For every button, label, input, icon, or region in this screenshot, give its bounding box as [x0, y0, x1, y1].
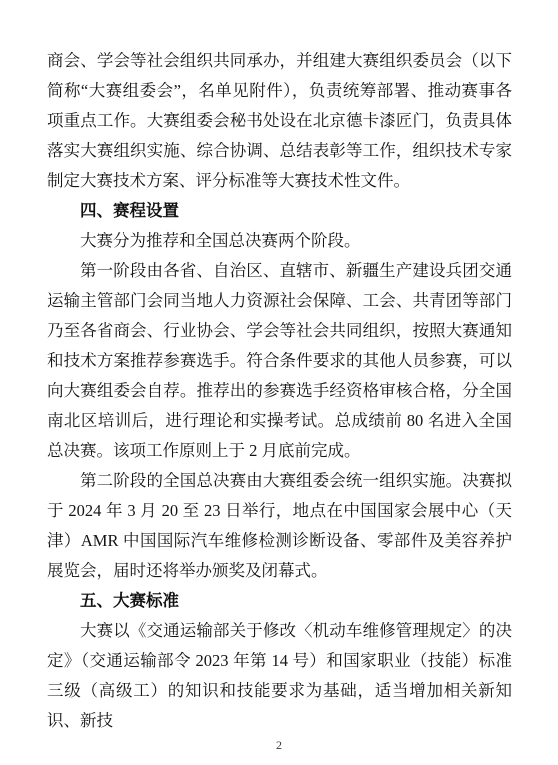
paragraph: 商会、学会等社会组织共同承办，并组建大赛组织委员会（以下简称“大赛组委会”，名单… [47, 46, 512, 196]
paragraph: 第一阶段由各省、自治区、直辖市、新疆生产建设兵团交通运输主管部门会同当地人力资源… [47, 256, 512, 466]
page-number: 2 [0, 738, 558, 753]
section-heading: 五、大赛标准 [47, 586, 512, 616]
paragraph: 第二阶段的全国总决赛由大赛组委会统一组织实施。决赛拟于 2024 年 3 月 2… [47, 466, 512, 586]
paragraph: 大赛以《交通运输部关于修改〈机动车维修管理规定〉的决定》（交通运输部令 2023… [47, 616, 512, 736]
document-body: 商会、学会等社会组织共同承办，并组建大赛组织委员会（以下简称“大赛组委会”，名单… [47, 46, 512, 736]
section-heading: 四、赛程设置 [47, 196, 512, 226]
document-page: 商会、学会等社会组织共同承办，并组建大赛组织委员会（以下简称“大赛组委会”，名单… [0, 0, 558, 765]
paragraph: 大赛分为推荐和全国总决赛两个阶段。 [47, 226, 512, 256]
